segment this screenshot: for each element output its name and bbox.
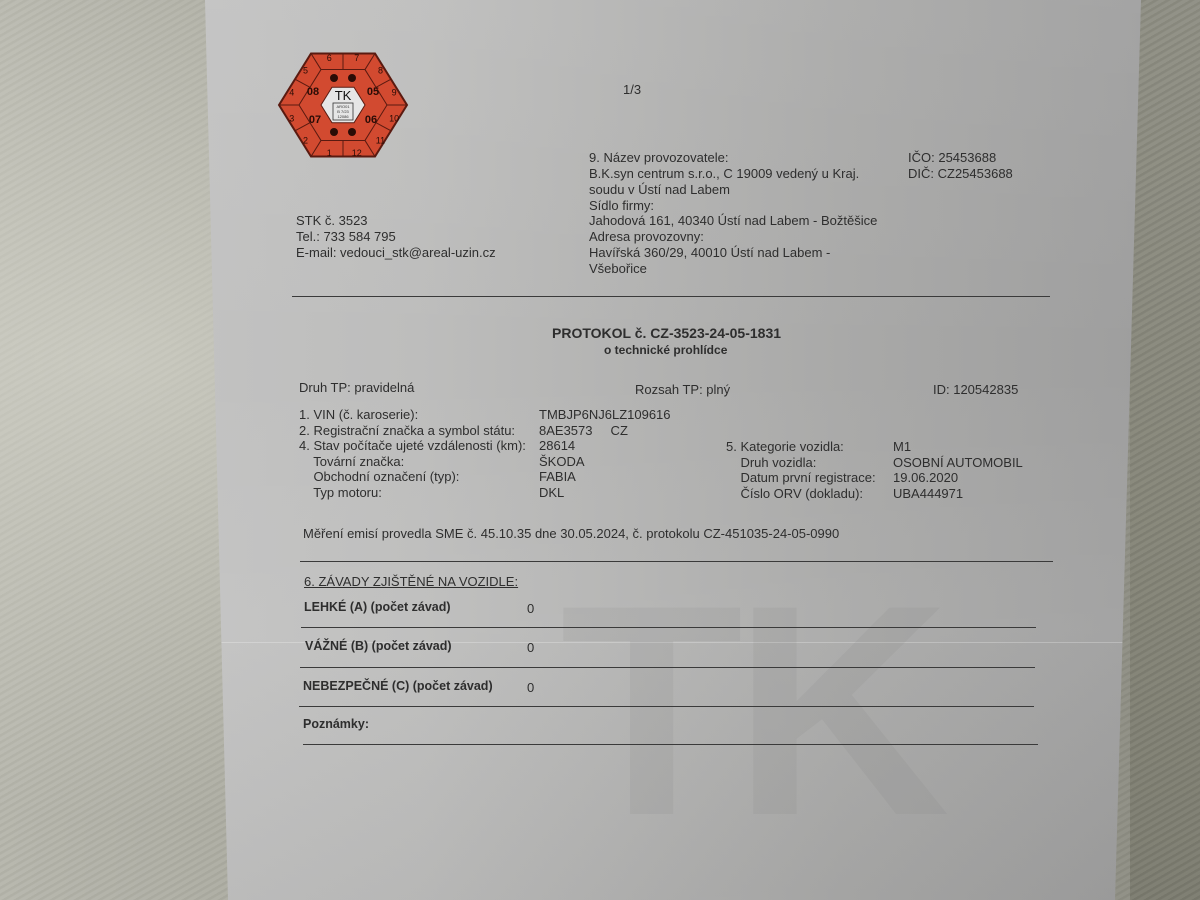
svg-text:08: 08	[307, 86, 319, 98]
vehicle-field-label: Číslo ORV (dokladu):	[726, 486, 893, 502]
operator-name-line1: B.K.syn centrum s.r.o., C 19009 vedený u…	[589, 166, 859, 182]
svg-text:4: 4	[289, 88, 294, 98]
vehicle-field-label: 4. Stav počítače ujeté vzdálenosti (km):	[299, 438, 539, 454]
stk-hexagon-stamp-icon: 12345678910111208050607TKARO01B 7/231208…	[276, 44, 410, 166]
defects-light-label: LEHKÉ (A) (počet závad)	[304, 600, 451, 616]
vehicle-field-value: M1	[893, 439, 1023, 455]
table-surface-right	[1130, 0, 1200, 900]
vehicle-field-label: Tovární značka:	[299, 454, 539, 470]
vehicle-info-left: 1. VIN (č. karoserie):TMBJP6NJ6LZ1096162…	[299, 407, 671, 500]
dic: DIČ: CZ25453688	[908, 166, 1013, 182]
vehicle-field-value: DKL	[539, 485, 671, 501]
operator-name-line2: soudu v Ústí nad Labem	[589, 182, 730, 198]
defects-divider-3	[299, 706, 1034, 707]
svg-text:6: 6	[327, 53, 332, 63]
vehicle-field-value: OSOBNÍ AUTOMOBIL	[893, 455, 1023, 471]
defects-divider-1	[301, 627, 1036, 628]
protocol-title: PROTOKOL č. CZ-3523-24-05-1831	[552, 326, 781, 342]
notes-divider	[303, 744, 1038, 745]
defects-serious-label: VÁŽNÉ (B) (počet závad)	[305, 639, 452, 655]
vehicle-field-label: 5. Kategorie vozidla:	[726, 439, 893, 455]
inspection-protocol-page: TK 12345678910111208050607TKARO01B 7/231…	[0, 0, 1200, 900]
defects-serious-count: 0	[527, 640, 534, 656]
ico: IČO: 25453688	[908, 150, 996, 166]
seat-label: Sídlo firmy:	[589, 198, 654, 214]
vehicle-field-value: ŠKODA	[539, 454, 671, 470]
facility-address-line2: Všebořice	[589, 261, 647, 277]
stk-number: STK č. 3523	[296, 213, 368, 229]
svg-text:3: 3	[289, 113, 294, 123]
svg-text:05: 05	[367, 86, 379, 98]
vehicle-field-value: 28614	[539, 438, 671, 454]
svg-text:11: 11	[376, 135, 385, 145]
station-email: E-mail: vedouci_stk@areal-uzin.cz	[296, 245, 496, 261]
vehicle-field-label: Obchodní označení (typ):	[299, 469, 539, 485]
vehicle-field-label: Datum první registrace:	[726, 470, 893, 486]
defects-heading: 6. ZÁVADY ZJIŠTĚNÉ NA VOZIDLE:	[304, 574, 518, 590]
svg-text:10: 10	[389, 113, 399, 123]
svg-text:8: 8	[378, 66, 383, 76]
seat-address: Jahodová 161, 40340 Ústí nad Labem - Bož…	[589, 213, 877, 229]
emissions-note: Měření emisí provedla SME č. 45.10.35 dn…	[303, 526, 839, 542]
watermark: TK	[560, 560, 940, 860]
vehicle-field-value: FABIA	[539, 469, 671, 485]
header-divider	[292, 296, 1050, 297]
defects-dangerous-count: 0	[527, 680, 534, 696]
svg-text:5: 5	[303, 66, 308, 76]
defects-dangerous-label: NEBEZPEČNÉ (C) (počet závad)	[303, 679, 493, 695]
vehicle-field-value: UBA444971	[893, 486, 1023, 502]
svg-text:9: 9	[392, 88, 397, 98]
station-phone: Tel.: 733 584 795	[296, 229, 396, 245]
vehicle-info-right: 5. Kategorie vozidla:M1 Druh vozidla:OSO…	[726, 439, 1023, 501]
vehicle-field-value: 19.06.2020	[893, 470, 1023, 486]
operator-label: 9. Název provozovatele:	[589, 150, 728, 166]
svg-text:2: 2	[303, 135, 308, 145]
vehicle-field-label: 2. Registrační značka a symbol státu:	[299, 423, 539, 439]
svg-text:06: 06	[365, 114, 377, 126]
notes-label: Poznámky:	[303, 717, 369, 733]
emissions-divider	[300, 561, 1053, 562]
vehicle-field-label: Druh vozidla:	[726, 455, 893, 471]
svg-text:12086: 12086	[337, 114, 349, 119]
defects-light-count: 0	[527, 601, 534, 617]
vehicle-field-label: Typ motoru:	[299, 485, 539, 501]
svg-text:12: 12	[352, 148, 362, 158]
vehicle-field-value: TMBJP6NJ6LZ109616	[539, 407, 671, 423]
facility-address-line1: Havířská 360/29, 40010 Ústí nad Labem -	[589, 245, 830, 261]
svg-text:1: 1	[327, 148, 332, 158]
inspection-scope: Rozsah TP: plný	[635, 382, 730, 398]
page-number: 1/3	[623, 82, 641, 98]
facility-label: Adresa provozovny:	[589, 229, 704, 245]
protocol-subtitle: o technické prohlídce	[604, 343, 727, 359]
vehicle-field-label: 1. VIN (č. karoserie):	[299, 407, 539, 423]
inspection-type: Druh TP: pravidelná	[299, 380, 414, 396]
svg-text:07: 07	[309, 114, 321, 126]
protocol-id: ID: 120542835	[933, 382, 1018, 398]
defects-divider-2	[300, 667, 1035, 668]
svg-text:7: 7	[354, 53, 359, 63]
svg-text:TK: TK	[335, 88, 352, 103]
vehicle-field-value: 8AE3573 CZ	[539, 423, 671, 439]
